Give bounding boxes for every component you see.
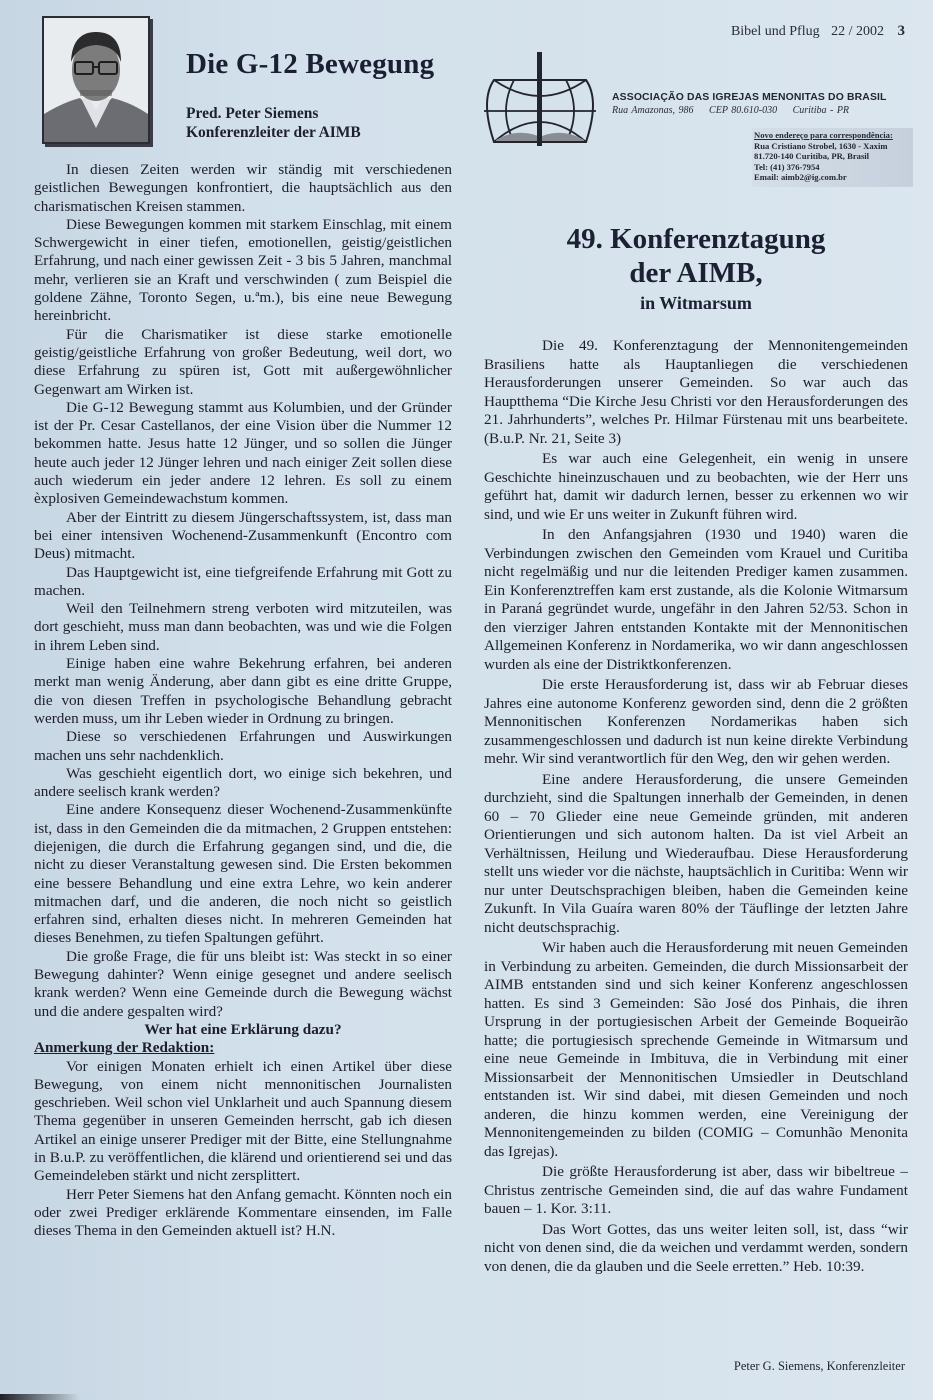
editor-note-paragraph: Herr Peter Siemens hat den Anfang gemach… (34, 1186, 452, 1241)
paragraph: Die G-12 Bewegung stammt aus Kolumbien, … (34, 399, 452, 509)
paragraph: Wir haben auch die Herausforderung mit n… (484, 939, 908, 1161)
paragraph: Was geschieht eigentlich dort, wo einige… (34, 765, 452, 802)
paragraph: Die große Frage, die für uns bleibt ist:… (34, 948, 452, 1021)
paragraph: Für die Charismatiker ist diese starke e… (34, 326, 452, 399)
conference-title-line1: 49. Konferenztagung (484, 222, 908, 256)
new-address-city: 81.720-140 Curitiba, PR, Brasil (754, 151, 910, 162)
signature: Peter G. Siemens, Konferenzleiter (734, 1359, 905, 1374)
magazine-page: Die G-12 Bewegung Pred. Peter Siemens Ko… (0, 0, 933, 1400)
organization-address: Rua Amazonas, 986 CEP 80.610-030 Curitib… (612, 105, 861, 116)
conference-title-line2: der AIMB, (484, 256, 908, 290)
organization-name: ASSOCIAÇÃO DAS IGREJAS MENONITAS DO BRAS… (612, 92, 887, 103)
new-address-phone: Tel: (41) 376-7954 (754, 162, 910, 173)
new-address-box: Novo endereço para correspondência: Rua … (752, 128, 913, 187)
paragraph: Aber der Eintritt zu diesem Jüngerschaft… (34, 509, 452, 564)
author-role: Konferenzleiter der AIMB (186, 123, 361, 142)
conference-subtitle: in Witmarsum (484, 293, 908, 314)
closing-question: Wer hat eine Erklärung dazu? (34, 1021, 452, 1039)
org-street: Rua Amazonas, 986 (612, 105, 694, 116)
issue-number: 22 / 2002 (831, 24, 884, 39)
globe-cross-bible-logo-icon (480, 50, 600, 146)
paragraph: Diese so verschiedenen Erfahrungen und A… (34, 728, 452, 765)
publication-name: Bibel und Pflug (731, 24, 820, 39)
g12-article-body: In diesen Zeiten werden wir ständig mit … (34, 161, 452, 1241)
new-address-email: Email: aimb2@ig.com.br (754, 172, 910, 183)
new-address-heading: Novo endereço para correspondência: (754, 130, 910, 141)
page-edge-shadow (0, 1394, 80, 1400)
paragraph: Weil den Teilnehmern streng verboten wir… (34, 600, 452, 655)
paragraph: Diese Bewegungen kommen mit starkem Eins… (34, 216, 452, 326)
paragraph: Die 49. Konferenztagung der Mennonitenge… (484, 337, 908, 448)
conference-article-body: Die 49. Konferenztagung der Mennonitenge… (484, 337, 908, 1278)
paragraph: In den Anfangsjahren (1930 und 1940) war… (484, 526, 908, 674)
paragraph: Die erste Herausforderung ist, dass wir … (484, 676, 908, 769)
author-byline: Pred. Peter Siemens Konferenzleiter der … (186, 104, 361, 142)
editor-note-paragraph: Vor einigen Monaten erhielt ich einen Ar… (34, 1058, 452, 1186)
paragraph: Die größte Herausforderung ist aber, das… (484, 1163, 908, 1219)
author-photo (42, 16, 150, 144)
author-name: Pred. Peter Siemens (186, 104, 361, 123)
org-city: Curitiba - PR (793, 105, 849, 116)
new-address-street: Rua Cristiano Strobel, 1630 - Xaxim (754, 141, 910, 152)
conference-article-title: 49. Konferenztagung der AIMB, (484, 222, 908, 290)
org-cep: CEP 80.610-030 (709, 105, 777, 116)
paragraph: Eine andere Konsequenz dieser Wochenend-… (34, 801, 452, 947)
paragraph: Das Wort Gottes, das uns weiter leiten s… (484, 1221, 908, 1277)
paragraph: Das Hauptgewicht ist, eine tiefgreifende… (34, 564, 452, 601)
article-title-g12: Die G-12 Bewegung (186, 48, 434, 81)
page-number: 3 (898, 23, 906, 39)
portrait-icon (44, 18, 148, 142)
masthead: Bibel und Pflug 22 / 2002 3 (731, 23, 905, 40)
paragraph: Eine andere Herausforderung, die unsere … (484, 771, 908, 938)
paragraph: Einige haben eine wahre Bekehrung erfahr… (34, 655, 452, 728)
editor-note-heading: Anmerkung der Redaktion: (34, 1039, 452, 1057)
paragraph: In diesen Zeiten werden wir ständig mit … (34, 161, 452, 216)
paragraph: Es war auch eine Gelegenheit, ein wenig … (484, 450, 908, 524)
